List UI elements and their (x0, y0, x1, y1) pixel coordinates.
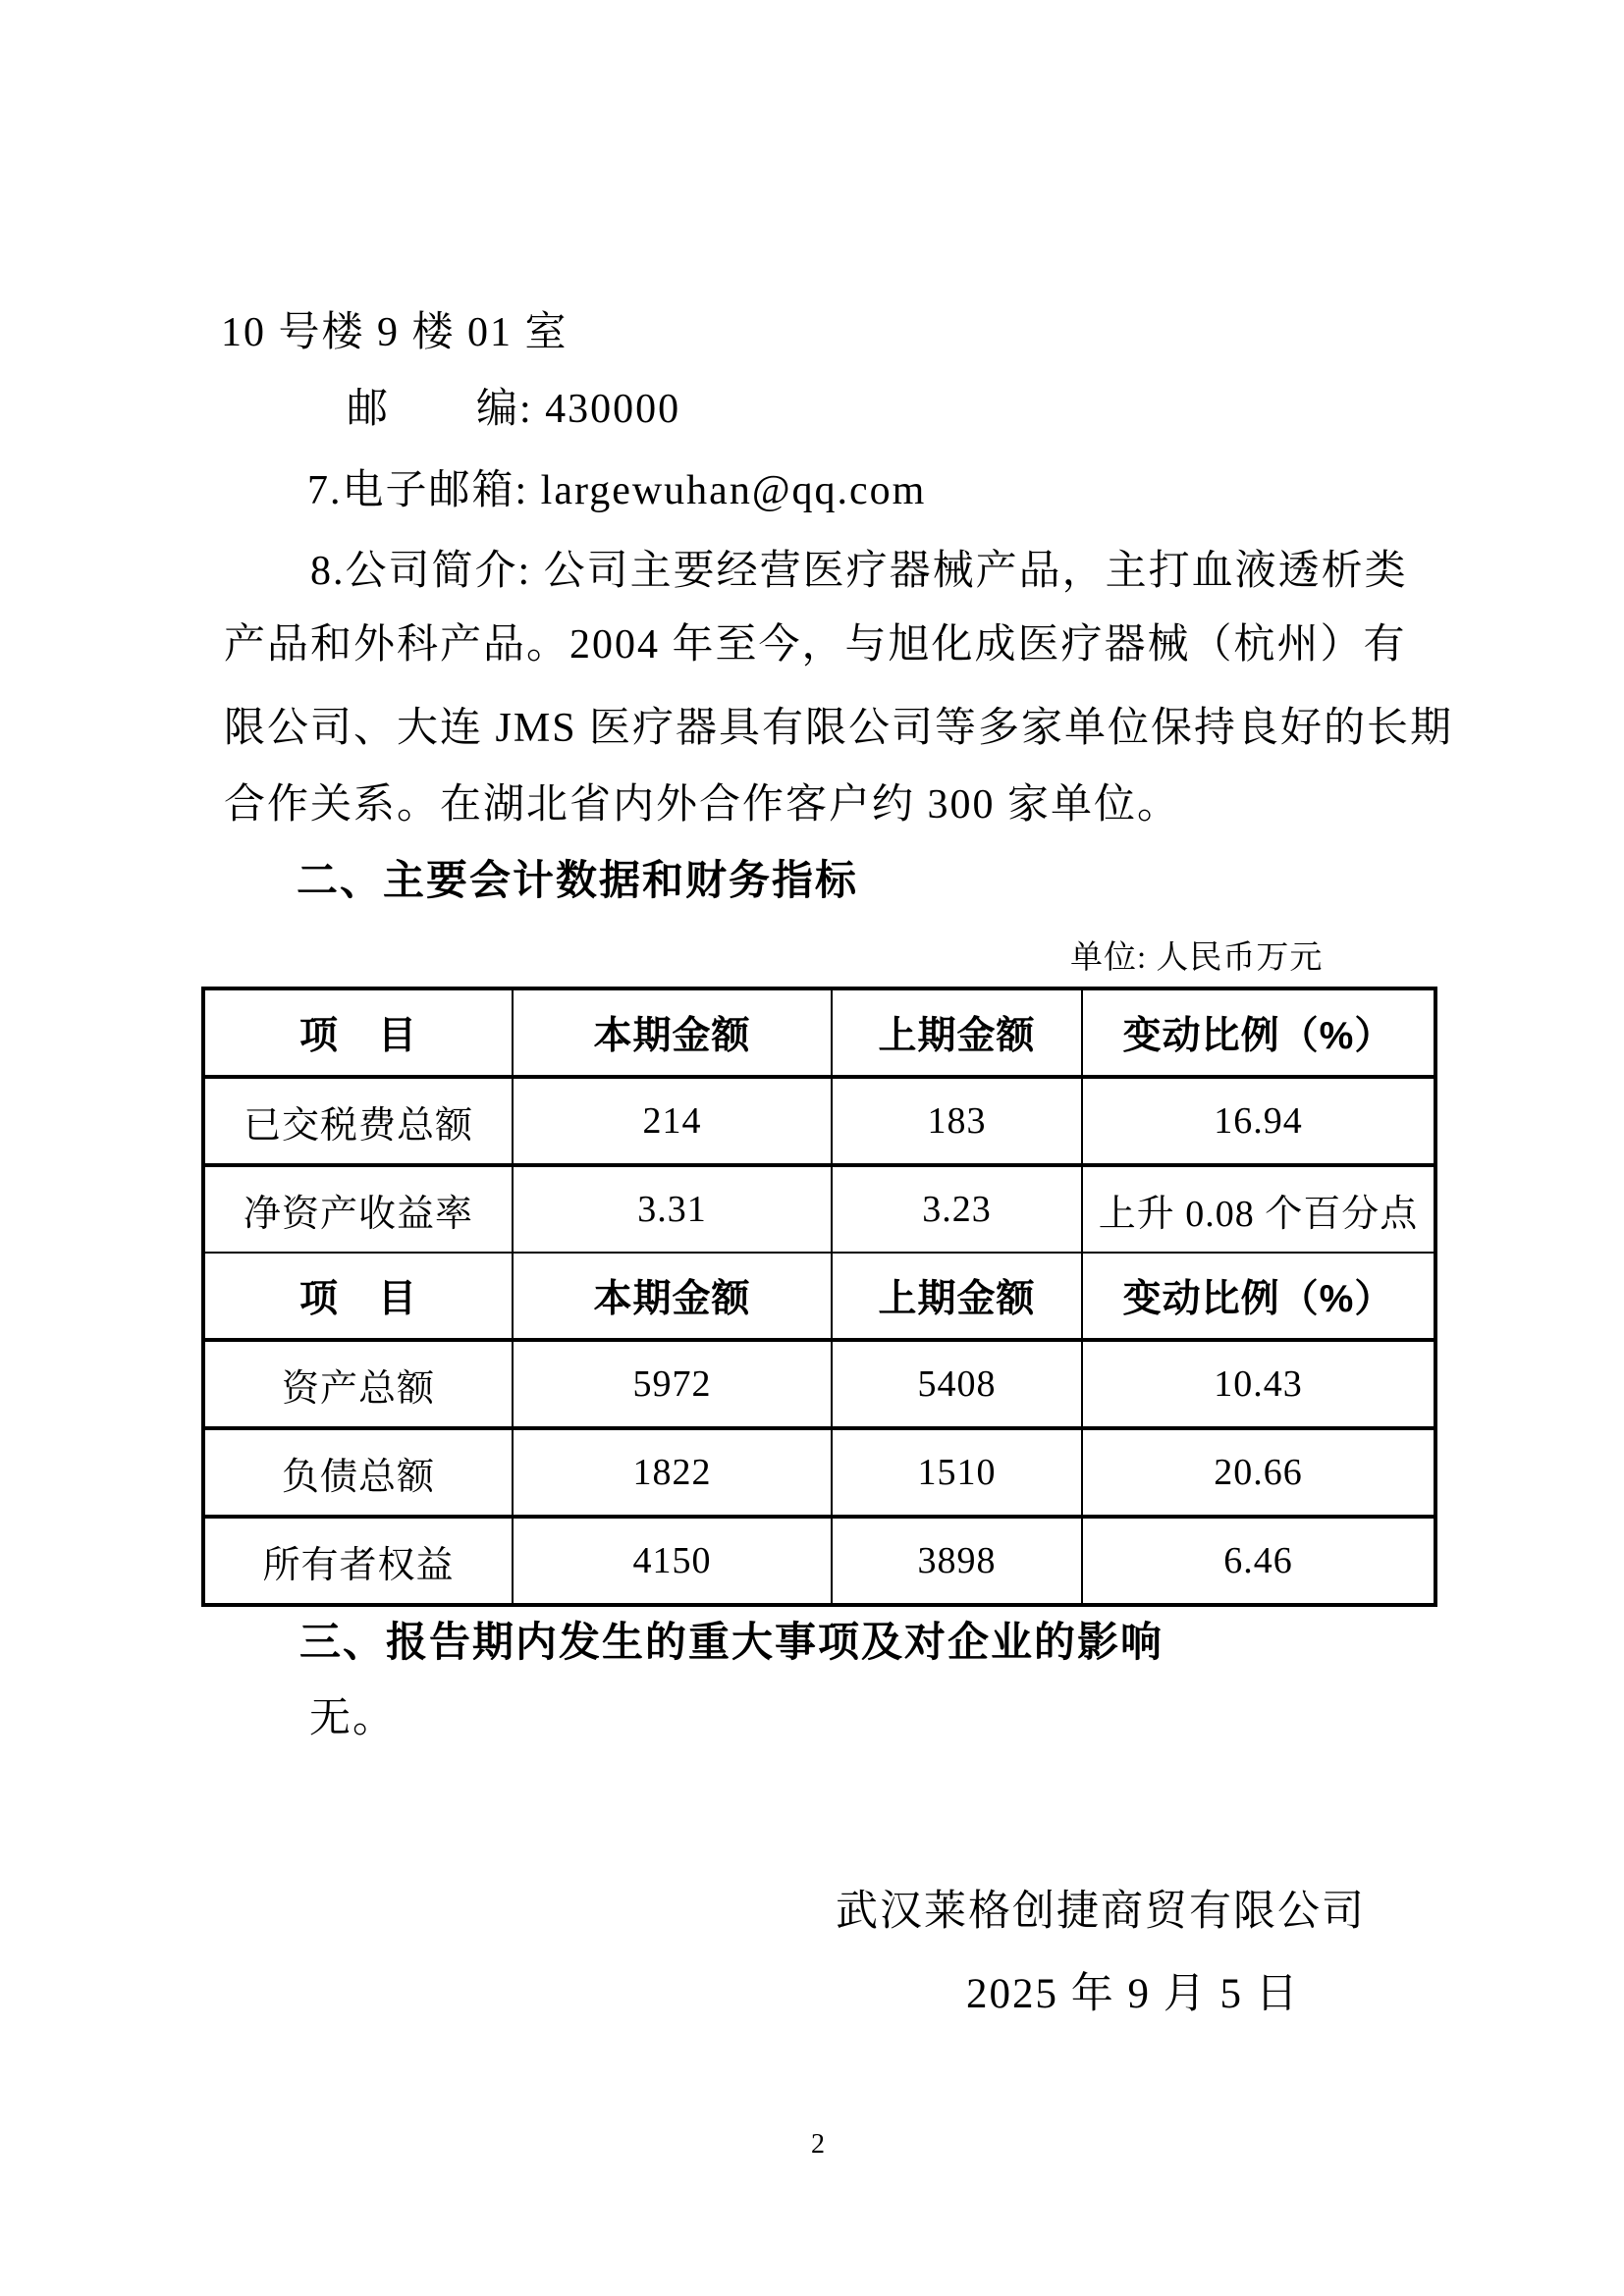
cell-prior: 1510 (832, 1428, 1082, 1517)
page-number: 2 (811, 2130, 825, 2160)
header-cell-prior: 上期金额 (832, 988, 1082, 1077)
cell-prior: 5408 (832, 1340, 1082, 1428)
company-intro-line-3: 限公司、大连 JMS 医疗器具有限公司等多家单位保持良好的长期 (224, 706, 1453, 751)
table-row-total-assets: 资产总额 5972 5408 10.43 (203, 1340, 1435, 1428)
cell-item: 所有者权益 (203, 1517, 513, 1605)
table-header-row-2: 项 目 本期金额 上期金额 变动比例（%） (203, 1253, 1435, 1340)
header-cell-item: 项 目 (203, 1253, 513, 1340)
cell-change: 16.94 (1082, 1077, 1435, 1165)
header-cell-current: 本期金额 (513, 988, 832, 1077)
cell-current: 4150 (513, 1517, 832, 1605)
cell-item: 资产总额 (203, 1340, 513, 1428)
cell-change: 6.46 (1082, 1517, 1435, 1605)
cell-change: 10.43 (1082, 1340, 1435, 1428)
section3-heading: 三、报告期内发生的重大事项及对企业的影响 (299, 1620, 1164, 1665)
cell-current: 5972 (513, 1340, 832, 1428)
cell-change: 上升 0.08 个百分点 (1082, 1165, 1435, 1253)
cell-current: 214 (513, 1077, 832, 1165)
table-row-roe: 净资产收益率 3.31 3.23 上升 0.08 个百分点 (203, 1165, 1435, 1253)
cell-prior: 183 (832, 1077, 1082, 1165)
header-cell-item: 项 目 (203, 988, 513, 1077)
postal-code-line: 邮 编: 430000 (347, 387, 680, 432)
table-row-taxes-paid: 已交税费总额 214 183 16.94 (203, 1077, 1435, 1165)
cell-current: 1822 (513, 1428, 832, 1517)
section2-heading: 二、主要会计数据和财务指标 (297, 858, 858, 903)
cell-prior: 3898 (832, 1517, 1082, 1605)
document-page: 10 号楼 9 楼 01 室 邮 编: 430000 7.电子邮箱: large… (0, 0, 1624, 2296)
table-header-row: 项 目 本期金额 上期金额 变动比例（%） (203, 988, 1435, 1077)
signature-date: 2025 年 9 月 5 日 (966, 1971, 1300, 2018)
address-line: 10 号楼 9 楼 01 室 (221, 310, 568, 355)
table-unit-label: 单位: 人民币万元 (1070, 939, 1323, 977)
cell-item: 净资产收益率 (203, 1165, 513, 1253)
cell-change: 20.66 (1082, 1428, 1435, 1517)
header-cell-prior: 上期金额 (832, 1253, 1082, 1340)
section3-body: 无。 (309, 1696, 396, 1741)
signature-company-name: 武汉莱格创捷商贸有限公司 (836, 1889, 1366, 1936)
company-intro-line-2: 产品和外科产品。2004 年至今，与旭化成医疗器械（杭州）有 (224, 622, 1407, 667)
header-cell-change: 变动比例（%） (1082, 1253, 1435, 1340)
email-line: 7.电子邮箱: largewuhan@qq.com (307, 468, 926, 513)
table-row-owners-equity: 所有者权益 4150 3898 6.46 (203, 1517, 1435, 1605)
cell-current: 3.31 (513, 1165, 832, 1253)
cell-prior: 3.23 (832, 1165, 1082, 1253)
table-row-total-liabilities: 负债总额 1822 1510 20.66 (203, 1428, 1435, 1517)
company-intro-line-4: 合作关系。在湖北省内外合作客户约 300 家单位。 (224, 782, 1180, 828)
cell-item: 已交税费总额 (203, 1077, 513, 1165)
financial-indicators-table: 项 目 本期金额 上期金额 变动比例（%） 已交税费总额 214 183 16.… (201, 987, 1437, 1607)
header-cell-current: 本期金额 (513, 1253, 832, 1340)
cell-item: 负债总额 (203, 1428, 513, 1517)
company-intro-line-1: 8.公司简介: 公司主要经营医疗器械产品，主打血液透析类 (310, 549, 1408, 594)
header-cell-change: 变动比例（%） (1082, 988, 1435, 1077)
